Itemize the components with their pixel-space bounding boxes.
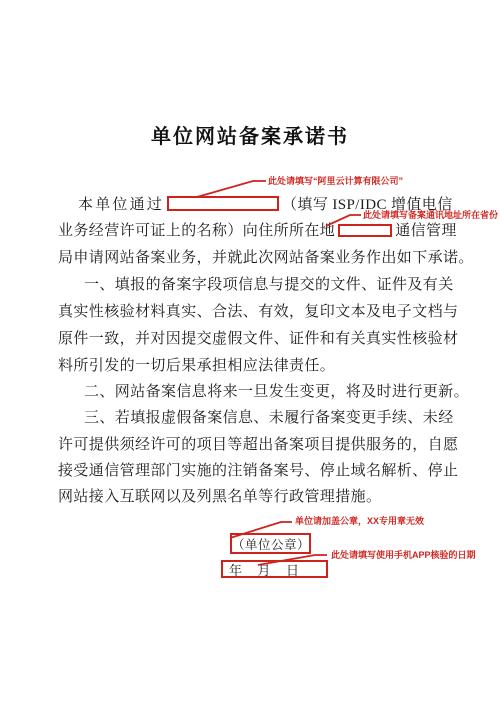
intro-line-2-pre: 业务经营许可证上的名称）向住所所在地 xyxy=(58,223,335,239)
item3-line-2: 许可提供须经许可的项目等超出备案项目提供服务的，自愿 xyxy=(58,437,458,453)
item1-line-4: 料所引发的一切后果承担相应法律责任。 xyxy=(58,358,335,374)
item1-line-3: 原件一致，并对因提交虚假文件、证件和有关真实性核验材 xyxy=(58,331,458,347)
province-annotation: 此处请填写备案通讯地址所在省份 xyxy=(363,210,498,220)
company-leader-line xyxy=(197,181,266,197)
date-field: 年 月 日 xyxy=(221,560,328,578)
province-field xyxy=(338,224,392,237)
annotation-leader-lines xyxy=(0,0,500,707)
item1-line-1: 一、填报的备案字段项信息与提交的文件、证件及有关 xyxy=(84,277,454,293)
commitment-letter-page: 单位网站备案承诺书 本单位通过（填写 ISP/IDC 增值电信 业务经营许可证上… xyxy=(0,0,500,707)
intro-line-1-pre: 本单位通过 xyxy=(78,197,164,213)
seal-label: （单位公章） xyxy=(232,535,309,553)
date-day-label: 日 xyxy=(286,560,299,579)
seal-annotation: 单位请加盖公章，XX专用章无效 xyxy=(295,516,424,526)
company-name-annotation: 此处请填写“阿里云计算有限公司” xyxy=(268,176,403,186)
document-title: 单位网站备案承诺书 xyxy=(0,120,500,149)
intro-line-2-post: 通信管理 xyxy=(395,223,457,239)
date-annotation: 此处请填写使用手机APP核验的日期 xyxy=(331,550,476,560)
item3-line-3: 接受通信管理部门实施的注销备案号、停止域名解析、停止 xyxy=(58,463,458,479)
date-month-label: 月 xyxy=(257,560,270,579)
intro-line-3: 局申请网站备案业务，并就此次网站备案业务作出如下承诺。 xyxy=(58,250,474,266)
item3-line-1: 三、若填报虚假备案信息、未履行备案变更手续、未经 xyxy=(84,410,454,426)
date-year-label: 年 xyxy=(229,560,242,579)
company-name-field xyxy=(167,196,279,211)
item1-line-2: 真实性核验材料真实、合法、有效，复印文本及电子文档与 xyxy=(58,304,458,320)
item2-line-1: 二、网站备案信息将来一旦发生变更，将及时进行更新。 xyxy=(84,384,469,400)
intro-line-2: 业务经营许可证上的名称）向住所所在地通信管理 xyxy=(58,223,457,239)
seal-box: （单位公章） xyxy=(230,533,311,554)
item3-line-4: 网站接入互联网以及列黑名单等行政管理措施。 xyxy=(58,489,381,505)
